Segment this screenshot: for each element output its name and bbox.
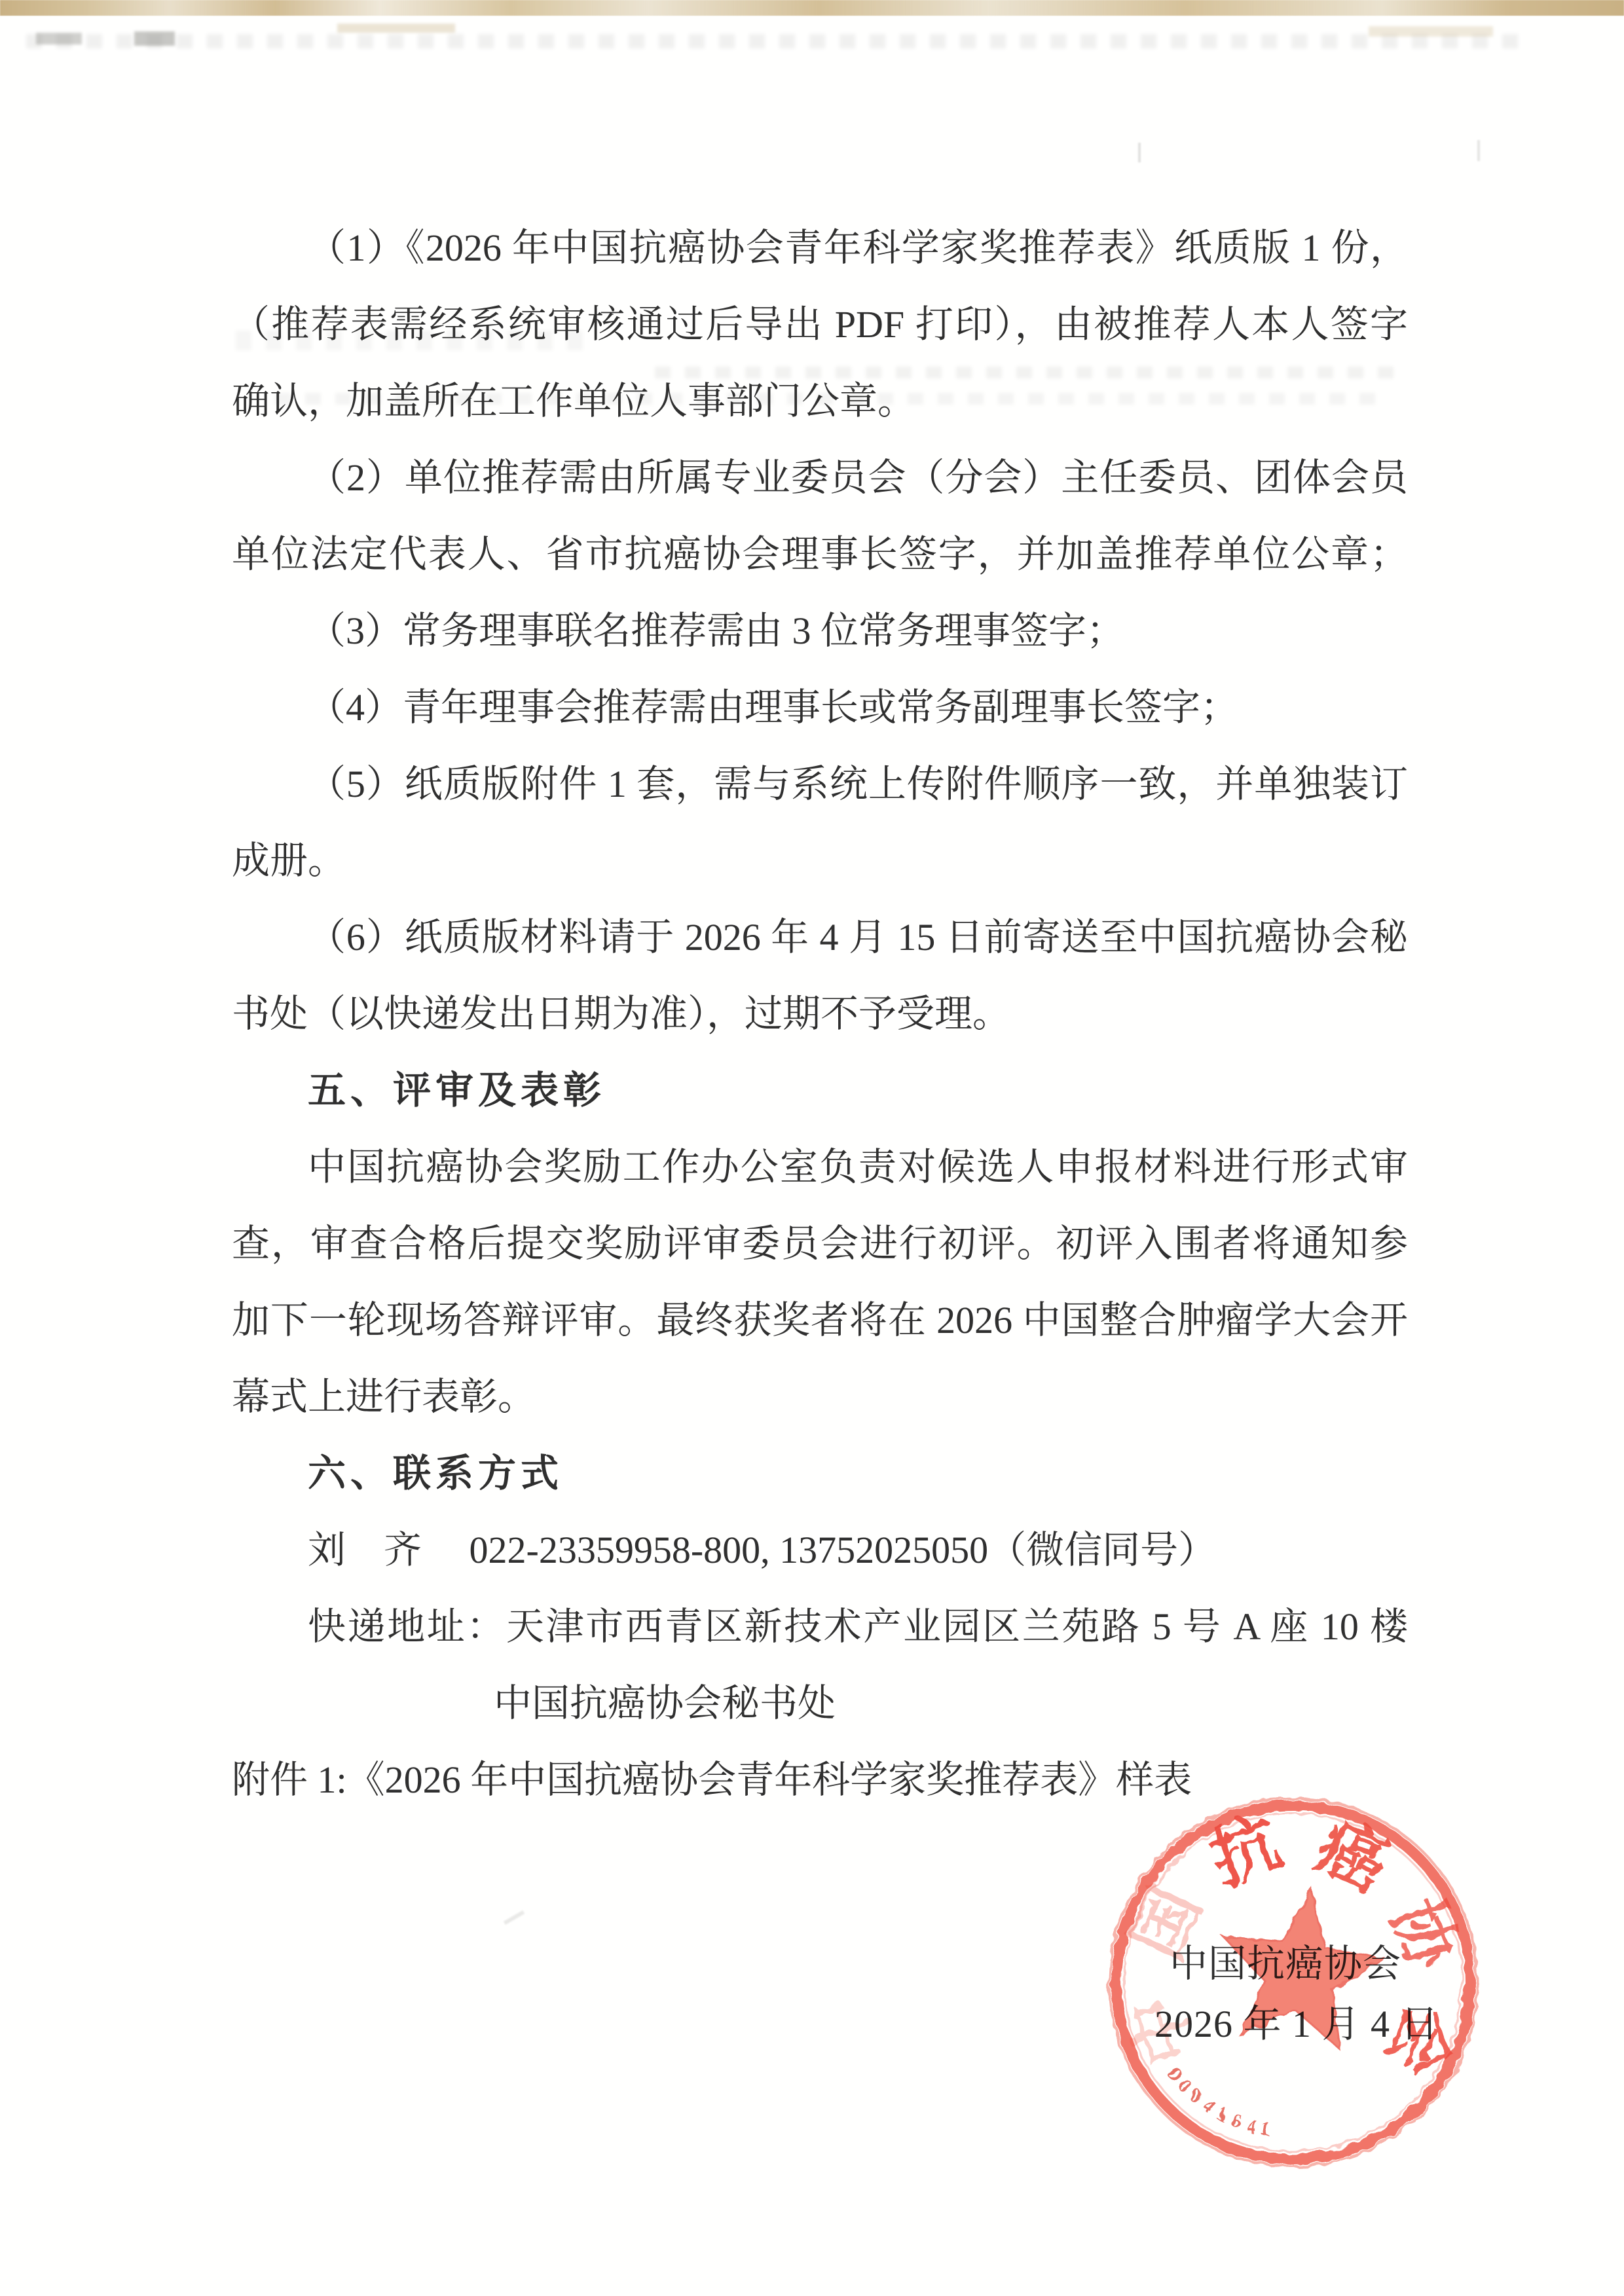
- signature-org: 中国抗癌协会: [1170, 1933, 1401, 1988]
- seal-serial: 11800000041641: [0, 0, 1280, 2142]
- scanned-document-page: （1）《2026 年中国抗癌协会青年科学家奖推荐表》纸质版 1 份，（推荐表需经…: [0, 0, 1624, 2296]
- signature-date: 2026 年 1 月 4 日: [1154, 1993, 1439, 2048]
